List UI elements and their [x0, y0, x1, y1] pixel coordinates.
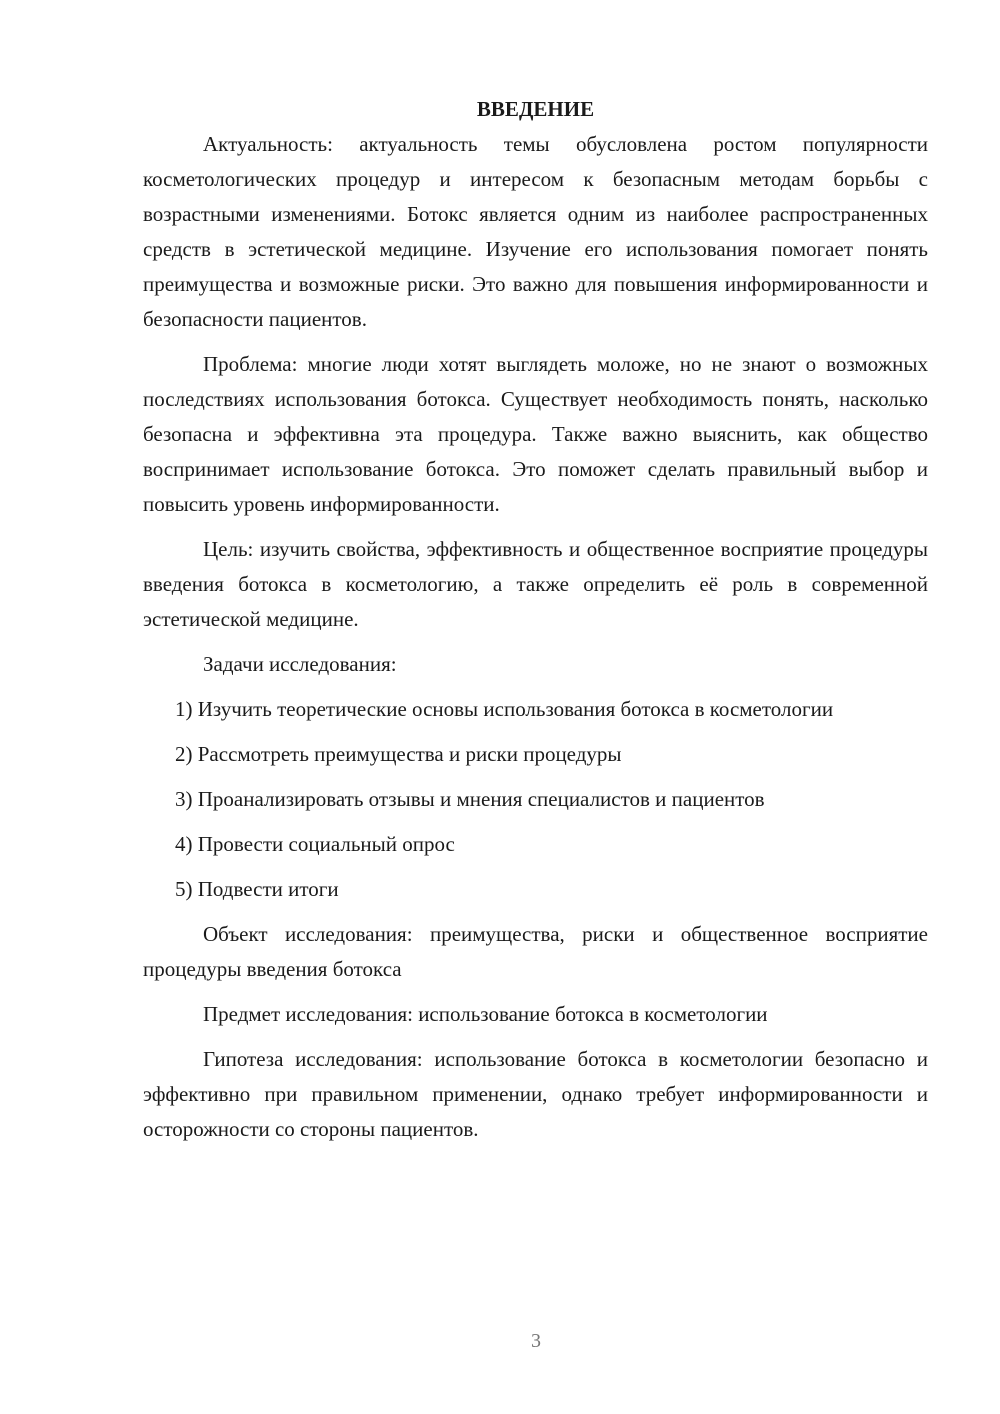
paragraph-object: Объект исследования: преимущества, риски…	[143, 917, 928, 987]
task-item-1: 1) Изучить теоретические основы использо…	[143, 692, 928, 727]
paragraph-subject: Предмет исследования: использование бото…	[143, 997, 928, 1032]
task-item-5: 5) Подвести итоги	[143, 872, 928, 907]
tasks-heading: Задачи исследования:	[143, 647, 928, 682]
document-page: ВВЕДЕНИЕ Актуальность: актуальность темы…	[143, 92, 928, 1157]
task-item-2: 2) Рассмотреть преимущества и риски проц…	[143, 737, 928, 772]
paragraph-goal: Цель: изучить свойства, эффективность и …	[143, 532, 928, 637]
paragraph-relevance: Актуальность: актуальность темы обусловл…	[143, 127, 928, 337]
paragraph-hypothesis: Гипотеза исследования: использование бот…	[143, 1042, 928, 1147]
section-title: ВВЕДЕНИЕ	[143, 92, 928, 127]
page-number: 3	[0, 1330, 1000, 1353]
task-item-4: 4) Провести социальный опрос	[143, 827, 928, 862]
tasks-list: 1) Изучить теоретические основы использо…	[143, 692, 928, 907]
paragraph-problem: Проблема: многие люди хотят выглядеть мо…	[143, 347, 928, 522]
task-item-3: 3) Проанализировать отзывы и мнения спец…	[143, 782, 928, 817]
